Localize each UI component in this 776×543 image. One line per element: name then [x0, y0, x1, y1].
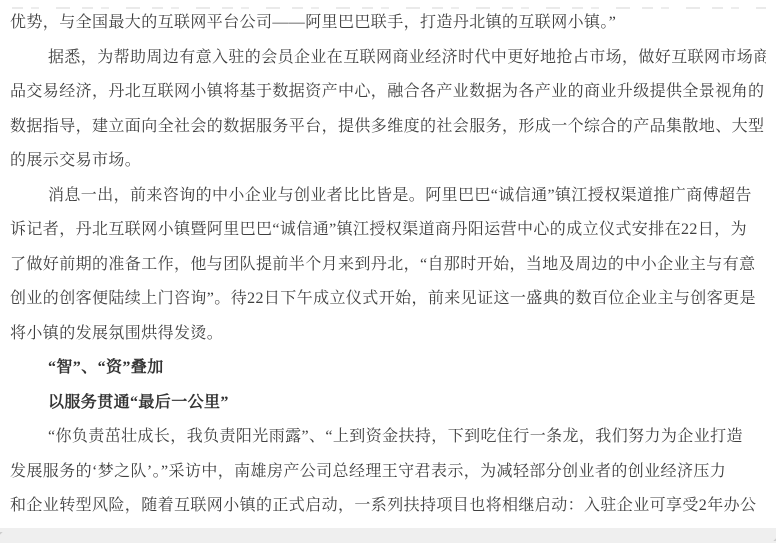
- text-line: 数据指导，建立面向全社会的数据服务平台，提供多维度的社会服务，形成一个综合的产品…: [10, 110, 766, 145]
- horizontal-scrollbar[interactable]: [0, 528, 776, 543]
- section-heading: “智”、“资”叠加: [10, 351, 766, 386]
- text-line: 的展示交易市场。: [10, 144, 766, 179]
- text-line: “智”、“资”叠加: [10, 351, 766, 386]
- text-line: 优势，与全国最大的互联网平台公司——阿里巴巴联手，打造丹北镇的互联网小镇。”: [10, 6, 766, 41]
- text-line: 了做好前期的准备工作，他与团队提前半个月来到丹北，“自那时开始，当地及周边的中小…: [10, 248, 766, 283]
- text-line: 诉记者，丹北互联网小镇暨阿里巴巴“诚信通”镇江授权渠道商丹阳运营中心的成立仪式安…: [10, 213, 766, 248]
- text-line: 品交易经济，丹北互联网小镇将基于数据资产中心，融合各产业数据为各产业的商业升级提…: [10, 75, 766, 110]
- paragraph: 消息一出，前来咨询的中小企业与创业者比比皆是。阿里巴巴“诚信通”镇江授权渠道推广…: [10, 179, 766, 352]
- paragraph: 优势，与全国最大的互联网平台公司——阿里巴巴联手，打造丹北镇的互联网小镇。”: [10, 6, 766, 41]
- text-line: 发展服务的‘梦之队’。”采访中，南雄房产公司总经理王守君表示，为减轻部分创业者的…: [10, 455, 766, 490]
- paragraph: 据悉，为帮助周边有意入驻的会员企业在互联网商业经济时代中更好地抢占市场，做好互联…: [10, 41, 766, 179]
- article-body: 优势，与全国最大的互联网平台公司——阿里巴巴联手，打造丹北镇的互联网小镇。”据悉…: [0, 0, 776, 524]
- scrollbar-left-notch: [0, 532, 9, 541]
- text-line: 将小镇的发展氛围烘得发烫。: [10, 317, 766, 352]
- text-line: 和企业转型风险，随着互联网小镇的正式启动，一系列扶持项目也将相继启动：入驻企业可…: [10, 489, 766, 524]
- text-line: 创业的创客便陆续上门咨询”。待22日下午成立仪式开始，前来见证这一盛典的数百位企…: [10, 282, 766, 317]
- section-heading: 以服务贯通“最后一公里”: [10, 386, 766, 421]
- text-line: 消息一出，前来咨询的中小企业与创业者比比皆是。阿里巴巴“诚信通”镇江授权渠道推广…: [10, 179, 766, 214]
- text-line: “你负责茁壮成长，我负责阳光雨露”、“上到资金扶持，下到吃住行一条龙，我们努力为…: [10, 420, 766, 455]
- scrollbar-right-notch: [767, 532, 776, 541]
- text-line: 据悉，为帮助周边有意入驻的会员企业在互联网商业经济时代中更好地抢占市场，做好互联…: [10, 41, 766, 76]
- text-line: 以服务贯通“最后一公里”: [10, 386, 766, 421]
- paragraph: “你负责茁壮成长，我负责阳光雨露”、“上到资金扶持，下到吃住行一条龙，我们努力为…: [10, 420, 766, 524]
